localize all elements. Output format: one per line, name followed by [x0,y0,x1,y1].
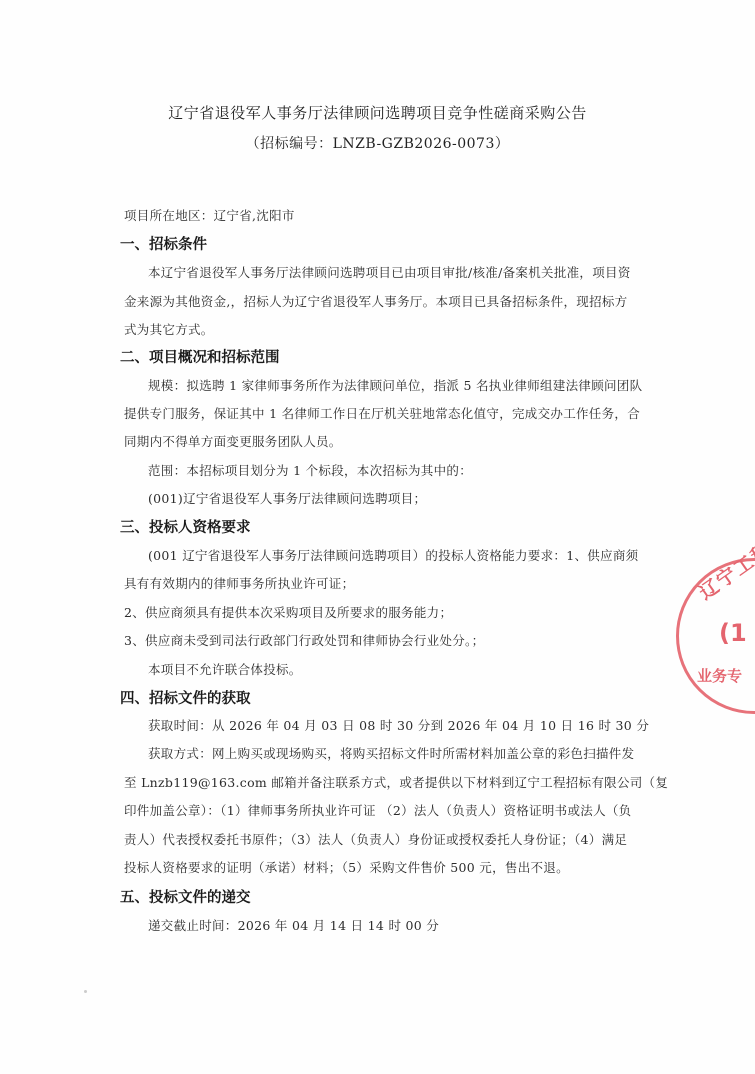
section-5-line: 递交截止时间：2026 年 04 月 14 日 14 时 00 分 [148,916,439,934]
section-4-line: 获取时间：从 2026 年 04 月 03 日 08 时 30 分到 2026 … [148,716,649,734]
section-3-line: 具有有效期内的律师事务所执业许可证； [124,574,354,592]
document-title: 辽宁省退役军人事务厅法律顾问选聘项目竞争性磋商采购公告 [0,102,755,123]
section-3-line: (001 辽宁省退役军人事务厅法律顾问选聘项目）的投标人资格能力要求：1、供应商… [148,546,638,564]
section-2-line: 范围：本招标项目划分为 1 个标段，本次招标为其中的： [148,461,472,479]
official-seal-stamp: 辽宁工程招 (1 业务专 [676,558,755,714]
section-2-line: 规模：拟选聘 1 家律师事务所作为法律顾问单位，指派 5 名执业律师组建法律顾问… [148,376,642,394]
section-heading-4: 四、招标文件的获取 [120,687,251,708]
section-3-line: 2、供应商须具有提供本次采购项目及所要求的服务能力； [124,603,452,621]
section-4-line: 印件加盖公章）：（1）律师事务所执业许可证 （2）法人（负责人）资格证明书或法人… [124,801,631,819]
section-heading-3: 三、投标人资格要求 [120,516,251,537]
section-1-line: 式为其它方式。 [124,320,214,338]
seal-text-bottom: 业务专 [697,665,742,686]
section-1-line: 本辽宁省退役军人事务厅法律顾问选聘项目已由项目审批/核准/备案机关批准，项目资 [148,263,631,281]
project-location: 项目所在地区：辽宁省,沈阳市 [124,206,295,224]
section-3-line: 本项目不允许联合体投标。 [148,660,302,678]
section-heading-2: 二、项目概况和招标范围 [120,346,280,367]
seal-text-mid: (1 [719,619,747,647]
section-2-line: 同期内不得单方面变更服务团队人员。 [124,432,342,450]
bid-number: （招标编号：LNZB-GZB2026-0073） [0,133,755,153]
section-2-line: (001)辽宁省退役军人事务厅法律顾问选聘项目； [148,489,426,507]
section-3-line: 3、供应商未受到司法行政部门行政处罚和律师协会行业处分。； [124,631,484,649]
section-4-line: 至 Lnzb119@163.com 邮箱并备注联系方式，或者提供以下材料到辽宁工… [124,773,668,791]
section-heading-1: 一、招标条件 [120,233,207,254]
document-page: 辽宁省退役军人事务厅法律顾问选聘项目竞争性磋商采购公告 （招标编号：LNZB-G… [0,0,755,1074]
section-4-line: 责人）代表授权委托书原件；（3）法人（负责人）身份证或授权委托人身份证；（4）满… [124,830,627,848]
section-4-line: 投标人资格要求的证明（承诺）材料；（5）采购文件售价 500 元，售出不退。 [124,858,569,876]
section-2-line: 提供专门服务，保证其中 1 名律师工作日在厅机关驻地常态化值守，完成交办工作任务… [124,404,640,422]
section-4-line: 获取方式：网上购买或现场购买，将购买招标文件时所需材料加盖公章的彩色扫描件发 [148,744,634,762]
seal-text-top: 辽宁工程招 [693,523,755,605]
section-1-line: 金来源为其他资金,，招标人为辽宁省退役军人事务厅。本项目已具备招标条件，现招标方 [124,292,627,310]
section-heading-5: 五、投标文件的递交 [120,886,251,907]
scan-speck [84,990,87,993]
